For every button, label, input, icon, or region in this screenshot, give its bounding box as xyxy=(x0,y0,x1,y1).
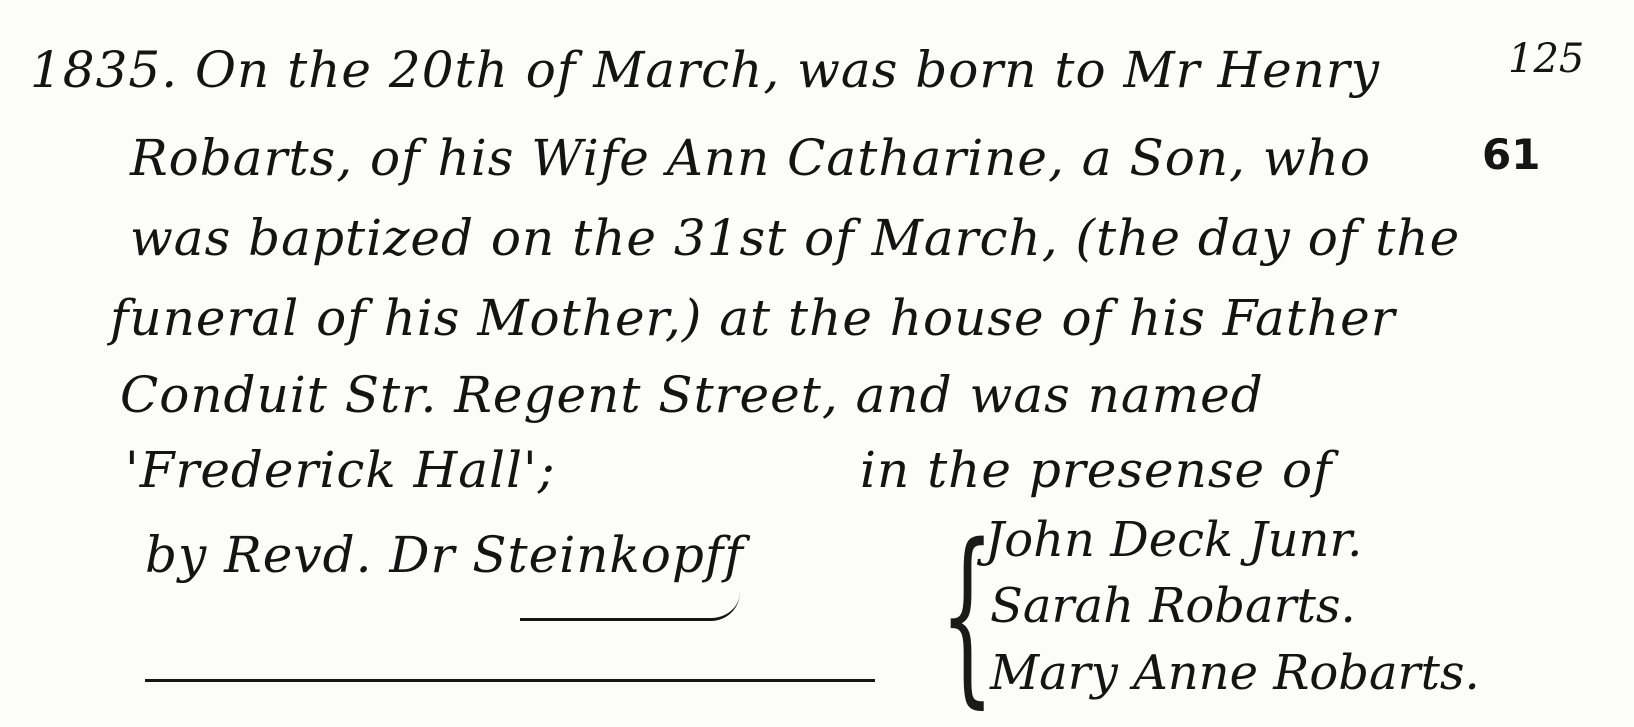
presence-label: in the presense of xyxy=(860,440,1333,500)
witness-3: Mary Anne Robarts. xyxy=(990,645,1480,701)
entry-line-6-child-name: 'Frederick Hall'; xyxy=(125,440,556,500)
signature-flourish xyxy=(520,592,740,621)
witness-1: John Deck Junr. xyxy=(985,512,1362,568)
witness-2: Sarah Robarts. xyxy=(990,578,1356,634)
register-page: 1835. On the 20th of March, was born to … xyxy=(0,0,1634,727)
entry-line-1: 1835. On the 20th of March, was born to … xyxy=(30,40,1380,100)
entry-line-3: was baptized on the 31st of March, (the … xyxy=(130,208,1460,268)
entry-line-1-text: On the 20th of March, was born to Mr Hen… xyxy=(195,41,1380,99)
entry-year: 1835. xyxy=(30,41,178,99)
folio-number: 125 xyxy=(1508,36,1584,82)
entry-line-5: Conduit Str. Regent Street, and was name… xyxy=(120,365,1264,425)
officiant-line: by Revd. Dr Steinkopff xyxy=(145,525,744,585)
entry-line-2: Robarts, of his Wife Ann Catharine, a So… xyxy=(130,128,1371,188)
entry-separator-rule xyxy=(145,679,875,682)
entry-number: 61 xyxy=(1482,130,1540,179)
entry-line-4: funeral of his Mother,) at the house of … xyxy=(110,288,1396,348)
